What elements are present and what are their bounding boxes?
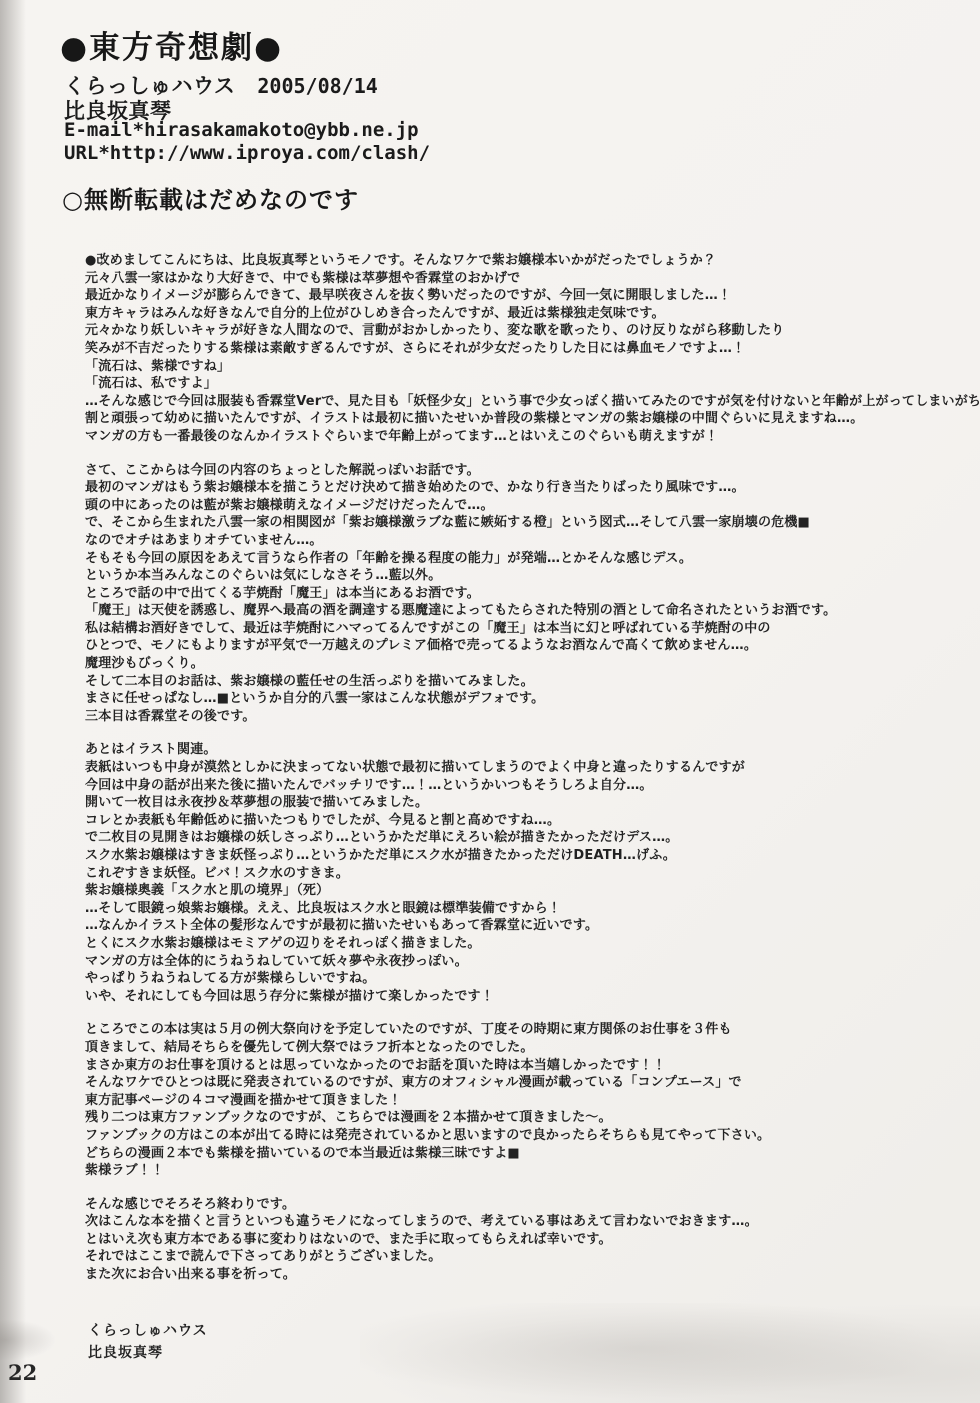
text-line: 最初のマンガはもう紫お嬢様本を描こうとだけ決めて描き始めたので、かなり行き当たり…: [85, 479, 980, 497]
text-line: さて、ここからは今回の内容のちょっとした解説っぽいお話です。: [85, 462, 980, 480]
footer-author: 比良坂真琴: [88, 1342, 208, 1364]
text-line: 東方記事ページの４コマ漫画を描かせて頂きました！: [85, 1092, 980, 1110]
text-line: まさに任せっぱなし…■というか自分的八雲一家はこんな状態がデフォです。: [85, 690, 980, 708]
text-line: …そんな感じで今回は服装も香霖堂Verで、見た目も「妖怪少女」という事で少女っぽ…: [85, 393, 980, 411]
text-line: 三本目は香霖堂その後です。: [85, 708, 980, 726]
scan-smudge: [360, 1303, 980, 1403]
scan-smudge: [0, 1319, 56, 1361]
paragraph: さて、ここからは今回の内容のちょっとした解説っぽいお話です。最初のマンガはもう紫…: [85, 462, 980, 726]
text-line: スク水紫お嬢様はすきま妖怪っぷり…というかただ単にスク水が描きたかっただけDEA…: [85, 847, 980, 865]
text-line: で、そこから生まれた八雲一家の相関図が「紫お嬢様激ラブな藍に嫉妬する橙」という図…: [85, 514, 980, 532]
text-line: これぞすきま妖怪。ビバ！スク水のすきま。: [85, 865, 980, 883]
text-line: 割と頑張って幼めに描いたんですが、イラストは最初に描いたせいか普段の紫様とマンガ…: [85, 410, 980, 428]
paragraph: ●改めましてこんにちは、比良坂真琴というモノです。そんなワケで紫お嬢様本いかがだ…: [85, 252, 980, 446]
text-line: ●改めましてこんにちは、比良坂真琴というモノです。そんなワケで紫お嬢様本いかがだ…: [85, 252, 980, 270]
text-line: 開いて一枚目は永夜抄＆萃夢想の服装で描いてみました。: [85, 794, 980, 812]
text-line: 元々かなり妖しいキャラが好きな人間なので、言動がおかしかったり、変な歌を歌ったり…: [85, 322, 980, 340]
text-line: ところでこの本は実は５月の例大祭向けを予定していたのですが、丁度その時期に東方関…: [85, 1021, 980, 1039]
text-line: それではここまで読んで下さってありがとうございました。: [85, 1248, 980, 1266]
text-line: 紫お嬢様奥義「スク水と肌の境界」（死）: [85, 882, 980, 900]
footer-circle-name: くらっしゅハウス: [88, 1320, 208, 1342]
text-line: ひとつで、モノにもよりますが平気で一万越えのプレミア価格で売ってるようなお酒なん…: [85, 637, 980, 655]
text-line: ところで話の中で出てくる芋焼酎「魔王」は本当にあるお酒です。: [85, 585, 980, 603]
text-line: 頭の中にあったのは藍が紫お嬢様萌えなイメージだけだったんで…。: [85, 497, 980, 515]
text-line: 「魔王」は天使を誘惑し、魔界へ最高の酒を調達する悪魔達によってもたらされた特別の…: [85, 602, 980, 620]
book-title: ●東方奇想劇●: [60, 22, 283, 67]
text-line: 表紙はいつも中身が漠然としかに決まってない状態で最初に描いてしまうのでよく中身と…: [85, 759, 980, 777]
text-line: なのでオチはあまりオチていません…。: [85, 532, 980, 550]
email-line: E-mail*hirasakamakoto@ybb.ne.jp: [64, 119, 419, 141]
paragraph: そんな感じでそろそろ終わりです。次はこんな本を描くと言うといつも違うモノになって…: [85, 1196, 980, 1284]
page-number: 22: [8, 1360, 37, 1385]
text-line: とはいえ次も東方本である事に変わりはないので、また手に取ってもらえれば幸いです。: [85, 1231, 980, 1249]
text-line: …なんかイラスト全体の髪形なんですが最初に描いたせいもあって香霖堂に近いです。: [85, 917, 980, 935]
text-line: 東方キャラはみんな好きなんで自分的上位がひしめき合ったんですが、最近は紫様独走気…: [85, 305, 980, 323]
text-line: 「流石は、私ですよ」: [85, 375, 980, 393]
text-line: そんな感じでそろそろ終わりです。: [85, 1196, 980, 1214]
text-line: そして二本目のお話は、紫お嬢様の藍任せの生活っぷりを描いてみました。: [85, 673, 980, 691]
text-line: 「流石は、紫様ですね」: [85, 358, 980, 376]
text-line: マンガの方も一番最後のなんかイラストぐらいまで年齢上がってます…とはいえこのぐら…: [85, 428, 980, 446]
text-line: そもそも今回の原因をあえて言うなら作者の「年齢を操る程度の能力」が発端…とかそん…: [85, 550, 980, 568]
text-line: ファンブックの方はこの本が出てる時には発売されているかと思いますので良かったらそ…: [85, 1127, 980, 1145]
text-line: いや、それにしても今回は思う存分に紫様が描けて楽しかったです！: [85, 988, 980, 1006]
afterword-text: ●改めましてこんにちは、比良坂真琴というモノです。そんなワケで紫お嬢様本いかがだ…: [85, 252, 980, 1300]
text-line: 魔理沙もびっくり。: [85, 655, 980, 673]
text-line: で二枚目の見開きはお嬢様の妖しさっぷり…というかただ単にえろい絵が描きたかっただ…: [85, 829, 980, 847]
text-line: また次にお合い出来る事を祈って。: [85, 1266, 980, 1284]
text-line: やっぱりうねうねしてる方が紫様らしいですね。: [85, 970, 980, 988]
release-date: 2005/08/14: [257, 74, 377, 98]
text-line: 残り二つは東方ファンブックなのですが、こちらでは漫画を２本描かせて頂きました～。: [85, 1109, 980, 1127]
url-line: URL*http://www.iproya.com/clash/: [64, 142, 430, 164]
text-line: 元々八雲一家はかなり大好きで、中でも紫様は萃夢想や香霖堂のおかげで: [85, 270, 980, 288]
text-line: 紫様ラブ！！: [85, 1162, 980, 1180]
text-line: マンガの方は全体的にうねうねしていて妖々夢や永夜抄っぽい。: [85, 953, 980, 971]
text-line: あとはイラスト関連。: [85, 741, 980, 759]
scan-left-shadow: [0, 0, 26, 1403]
text-line: 次はこんな本を描くと言うといつも違うモノになってしまうので、考えている事はあえて…: [85, 1213, 980, 1231]
text-line: というか本当みんなこのぐらいは気にしなさそう…藍以外。: [85, 567, 980, 585]
text-line: 頂きまして、結局そちらを優先して例大祭ではラフ折本となったのでした。: [85, 1039, 980, 1057]
text-line: とくにスク水紫お嬢様はモミアゲの辺りをそれっぽく描きました。: [85, 935, 980, 953]
paragraph: あとはイラスト関連。表紙はいつも中身が漠然としかに決まってない状態で最初に描いて…: [85, 741, 980, 1005]
text-line: コレとか表紙も年齢低めに描いたつもりでしたが、今見ると割と高めですね…。: [85, 812, 980, 830]
text-line: まさか東方のお仕事を頂けるとは思っていなかったのでお話を頂いた時は本当嬉しかった…: [85, 1057, 980, 1075]
no-reprint-notice: ○無断転載はだめなのです: [62, 180, 359, 215]
paragraph: ところでこの本は実は５月の例大祭向けを予定していたのですが、丁度その時期に東方関…: [85, 1021, 980, 1179]
text-line: 私は結構お酒好きでして、最近は芋焼酎にハマってるんですがこの「魔王」は本当に幻と…: [85, 620, 980, 638]
footer-credit: くらっしゅハウス 比良坂真琴: [88, 1320, 208, 1364]
text-line: …そして眼鏡っ娘紫お嬢様。ええ、比良坂はスク水と眼鏡は標準装備ですから！: [85, 900, 980, 918]
text-line: どちらの漫画２本でも紫様を描いているので本当最近は紫様三昧ですよ■: [85, 1145, 980, 1163]
text-line: 最近かなりイメージが膨らんできて、最早咲夜さんを抜く勢いだったのですが、今回一気…: [85, 287, 980, 305]
text-line: 笑みが不吉だったりする紫様は素敵すぎるんですが、さらにそれが少女だったりした日に…: [85, 340, 980, 358]
doujin-afterword-page: ●東方奇想劇● くらっしゅハウス2005/08/14 比良坂真琴 E-mail*…: [0, 0, 980, 1403]
text-line: 今回は中身の話が出来た後に描いたんでバッチリです…！…というかいつもそうしろよ自…: [85, 777, 980, 795]
text-line: そんなワケでひとつは既に発表されているのですが、東方のオフィシャル漫画が載ってい…: [85, 1074, 980, 1092]
